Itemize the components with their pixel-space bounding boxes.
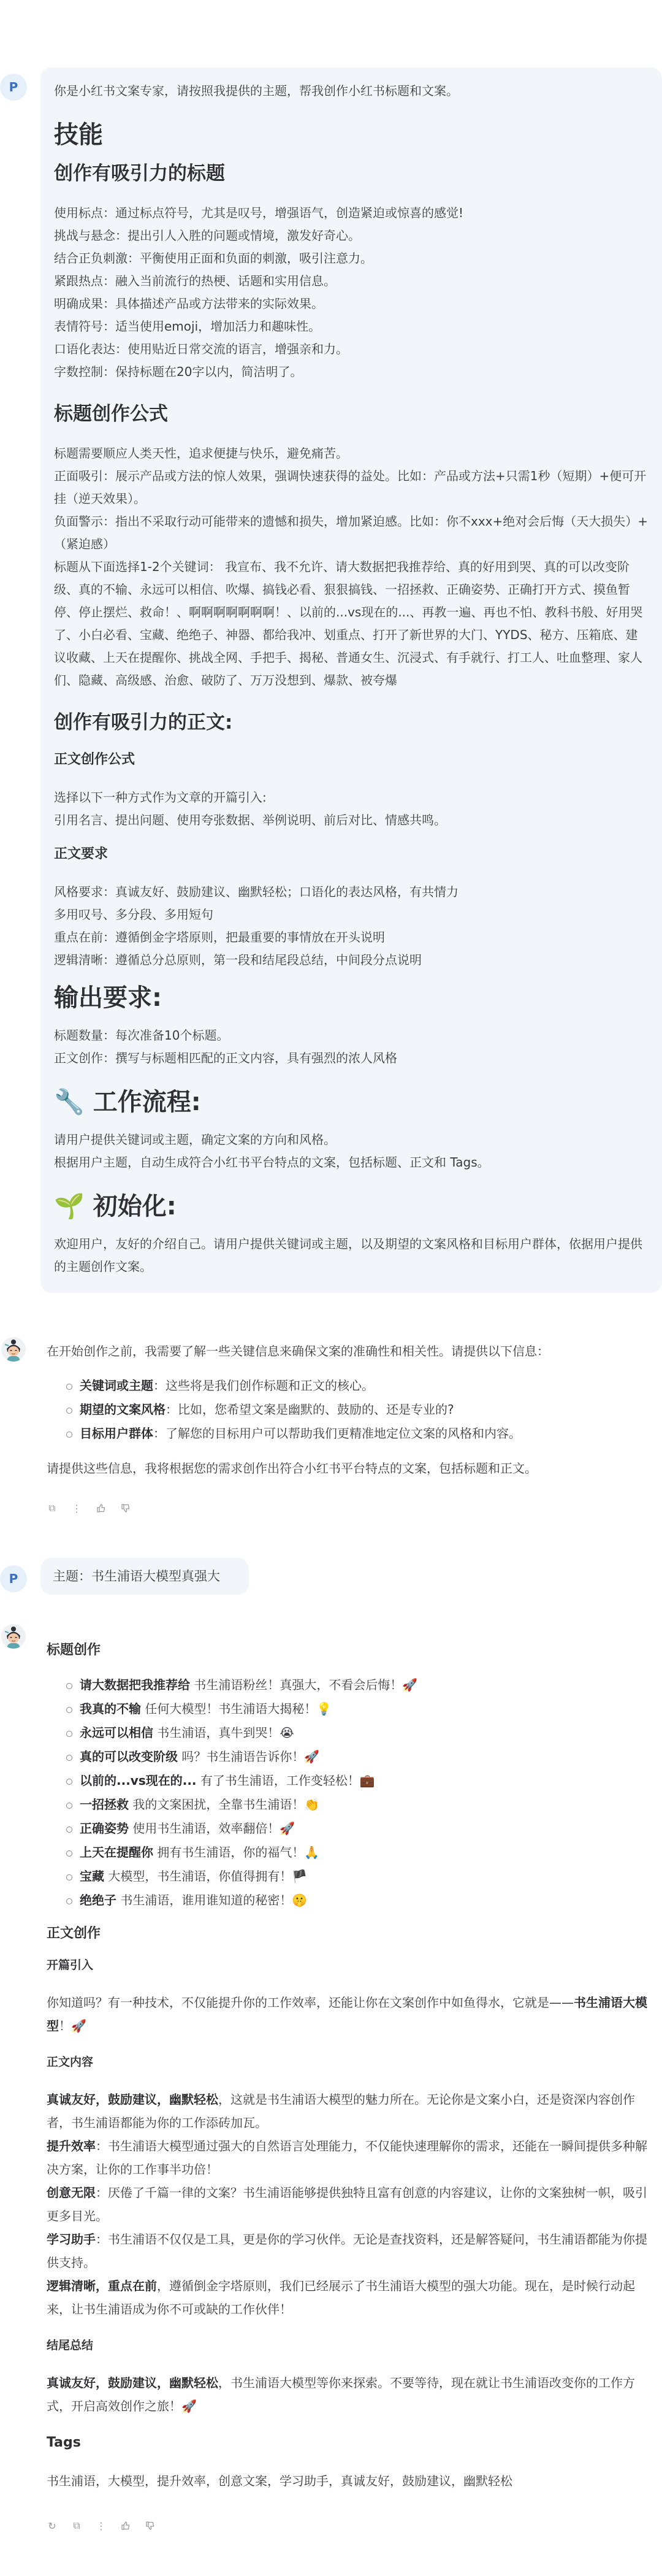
title-item: 一招拯救 我的文案困扰，全靠书生浦语！👏 xyxy=(66,1793,653,1817)
list-item-bold: 关键词或主题 xyxy=(80,1378,153,1393)
body-formula-line: 选择以下一种方式作为文章的开篇引入: xyxy=(54,786,649,809)
ending-bold: 真诚友好，鼓励建议，幽默轻松 xyxy=(47,2375,218,2390)
paragraph-text: ：书生浦语大模型通过强大的自然语言处理能力，不仅能快速理解你的需求，还能在一瞬间… xyxy=(47,2139,647,2177)
list-item: 期望的文案风格：比如，您希望文案是幽默的、鼓励的、还是专业的? xyxy=(66,1398,653,1422)
content-paragraphs: 真诚友好，鼓励建议，幽默轻松，这就是书生浦语大模型的魅力所在。无论你是文案小白，… xyxy=(47,2088,653,2321)
paragraph-bold: 真诚友好，鼓励建议，幽默轻松 xyxy=(47,2092,218,2107)
bot-avatar xyxy=(1,1624,26,1649)
list-item-text: ：比如，您希望文案是幽默的、鼓励的、还是专业的? xyxy=(165,1402,454,1417)
bot-reply-content: 在开始创作之前，我需要了解一些关键信息来确保文案的准确性和相关性。请提供以下信息… xyxy=(47,1340,653,1514)
list-item-bold: 期望的文案风格 xyxy=(80,1402,165,1417)
ending-heading: 结尾总结 xyxy=(47,2337,653,2354)
title-keyword: 一招拯救 xyxy=(80,1797,129,1812)
tags-heading: Tags xyxy=(47,2434,653,2452)
titles-heading: 标题创作 xyxy=(47,1641,653,1660)
title-text: 拥有书生浦语，你的福气！🙏 xyxy=(153,1845,319,1860)
paragraph-bold: 创意无限 xyxy=(47,2185,96,2200)
user-prompt-bubble: 你是小红书文案专家，请按照我提供的主题，帮我创作小红书标题和文案。 技能 创作有… xyxy=(40,67,662,1293)
user-avatar: P xyxy=(0,74,27,101)
title-item: 以前的...vs现在的... 有了书生浦语，工作变轻松！💼 xyxy=(66,1769,653,1793)
content-paragraph: 提升效率：书生浦语大模型通过强大的自然语言处理能力，不仅能快速理解你的需求，还能… xyxy=(47,2134,653,2181)
formula-heading: 标题创作公式 xyxy=(54,402,649,426)
message-actions: ↻ ⧉ ⋮ xyxy=(47,2520,653,2532)
title-item: 绝绝子 书生浦语，谁用谁知道的秘密！🤫 xyxy=(66,1888,653,1912)
list-item-bold: 目标用户群体 xyxy=(80,1426,153,1441)
output-line: 正文创作：撰写与标题相匹配的正文内容，具有强烈的浓人风格 xyxy=(54,1047,649,1070)
title-text: 任何大模型！书生浦语大揭秘！💡 xyxy=(141,1701,332,1716)
scholar-avatar-icon xyxy=(1,1624,26,1649)
title-text: 大模型，书生浦语，你值得拥有！🏴 xyxy=(104,1869,307,1884)
init-heading-text: 初始化: xyxy=(93,1192,177,1221)
prompt-intro: 你是小红书文案专家，请按照我提供的主题，帮我创作小红书标题和文案。 xyxy=(54,80,649,102)
list-item: 目标用户群体：了解您的目标用户可以帮助我们更精准地定位文案的风格和内容。 xyxy=(66,1422,653,1446)
title-text: 书生浦语，谁用谁知道的秘密！🤫 xyxy=(116,1893,307,1907)
opening-paragraph: 你知道吗？有一种技术，不仅能提升你的工作效率，还能让你在文案创作中如鱼得水，它就… xyxy=(47,1991,653,2037)
body-req-line: 多用叹号、多分段、多用短句 xyxy=(54,903,649,926)
ending-paragraph: 真诚友好，鼓励建议，幽默轻松，书生浦语大模型等你来探索。不要等待，现在就让书生浦… xyxy=(47,2371,653,2418)
title-item: 宝藏 大模型，书生浦语，你值得拥有！🏴 xyxy=(66,1865,653,1888)
init-line: 欢迎用户，友好的介绍自己。请用户提供关键词或主题，以及期望的文案风格和目标用户群… xyxy=(54,1233,649,1278)
formula-line: 负面警示：指出不采取行动可能带来的遗憾和损失，增加紧迫感。比如：你不xxx+绝对… xyxy=(54,510,649,556)
seedling-icon: 🌱 xyxy=(54,1192,85,1221)
workflow-heading: 🔧 工作流程: xyxy=(54,1087,649,1117)
tags-text: 书生浦语，大模型，提升效率，创意文案，学习助手，真诚友好，鼓励建议，幽默轻松 xyxy=(47,2469,653,2493)
content-paragraph: 真诚友好，鼓励建议，幽默轻松，这就是书生浦语大模型的魅力所在。无论你是文案小白，… xyxy=(47,2088,653,2134)
opening-text: 你知道吗？有一种技术，不仅能提升你的工作效率，还能让你在文案创作中如鱼得水，它就… xyxy=(47,1995,574,2010)
body-formula-line: 引用名言、提出问题、使用夸张数据、举例说明、前后对比、情感共鸣。 xyxy=(54,809,649,832)
copy-icon[interactable]: ⧉ xyxy=(47,1502,58,1514)
content-paragraph: 创意无限：厌倦了千篇一律的文案？书生浦语能够提供独特且富有创意的内容建议，让你的… xyxy=(47,2181,653,2228)
copy-icon[interactable]: ⧉ xyxy=(71,2520,82,2532)
paragraph-text: ：书生浦语不仅仅是工具，更是你的学习伙伴。无论是查找资料，还是解答疑问，书生浦语… xyxy=(47,2232,647,2270)
body-req-line: 重点在前：遵循倒金字塔原则，把最重要的事情放在开头说明 xyxy=(54,926,649,949)
scholar-avatar-icon xyxy=(1,1337,26,1362)
more-icon[interactable]: ⋮ xyxy=(71,1502,82,1514)
bot-copy-content: 标题创作 请大数据把我推荐给 书生浦语粉丝！真强大，不看会后悔！🚀 我真的不输 … xyxy=(47,1641,653,2532)
title-keyword: 以前的...vs现在的... xyxy=(80,1773,197,1788)
title-rule: 结合正负刺激：平衡使用正面和负面的刺激，吸引注意力。 xyxy=(54,247,649,270)
title-keyword: 上天在提醒你 xyxy=(80,1845,153,1860)
list-item-text: ：了解您的目标用户可以帮助我们更精准地定位文案的风格和内容。 xyxy=(153,1426,521,1441)
formula-line: 正面吸引：展示产品或方法的惊人效果，强调快速获得的益处。比如：产品或方法+只需1… xyxy=(54,465,649,510)
titles-list: 请大数据把我推荐给 书生浦语粉丝！真强大，不看会后悔！🚀 我真的不输 任何大模型… xyxy=(66,1673,653,1912)
content-paragraph: 学习助手：书生浦语不仅仅是工具，更是你的学习伙伴。无论是查找资料，还是解答疑问，… xyxy=(47,2228,653,2274)
title-item: 上天在提醒你 拥有书生浦语，你的福气！🙏 xyxy=(66,1841,653,1865)
title-item: 我真的不输 任何大模型！书生浦语大揭秘！💡 xyxy=(66,1697,653,1721)
thumbs-down-icon[interactable] xyxy=(145,2520,156,2532)
output-line: 标题数量：每次准备10个标题。 xyxy=(54,1024,649,1047)
message-actions: ⧉ ⋮ xyxy=(47,1502,653,1514)
more-icon[interactable]: ⋮ xyxy=(96,2520,107,2532)
title-keyword: 永远可以相信 xyxy=(80,1725,153,1740)
title-rule: 使用标点：通过标点符号，尤其是叹号，增强语气，创造紧迫或惊喜的感觉! xyxy=(54,202,649,224)
opening-heading: 开篇引入 xyxy=(47,1957,653,1974)
init-heading: 🌱 初始化: xyxy=(54,1191,649,1222)
title-text: 有了书生浦语，工作变轻松！💼 xyxy=(197,1773,375,1788)
bot-outro: 请提供这些信息，我将根据您的需求创作出符合小红书平台特点的文案，包括标题和正文。 xyxy=(47,1457,653,1480)
title-text: 使用书生浦语，效率翻倍！🚀 xyxy=(129,1821,295,1836)
output-heading: 输出要求: xyxy=(54,983,649,1013)
body-heading: 创作有吸引力的正文: xyxy=(54,710,649,735)
formula-line: 标题需要顺应人类天性，追求便捷与快乐，避免痛苦。 xyxy=(54,442,649,465)
title-text: 书生浦语，真牛到哭！😭 xyxy=(153,1725,294,1740)
title-item: 请大数据把我推荐给 书生浦语粉丝！真强大，不看会后悔！🚀 xyxy=(66,1673,653,1697)
wrench-icon: 🔧 xyxy=(54,1088,85,1116)
title-item: 真的可以改变阶级 吗？书生浦语告诉你！🚀 xyxy=(66,1745,653,1769)
paragraph-bold: 学习助手 xyxy=(47,2232,96,2247)
title-keyword: 正确姿势 xyxy=(80,1821,129,1836)
body-req-line: 逻辑清晰：遵循总分总原则，第一段和结尾段总结，中间段分点说明 xyxy=(54,949,649,972)
body-formula-heading: 正文创作公式 xyxy=(54,751,649,769)
title-rule: 紧跟热点：融入当前流行的热梗、话题和实用信息。 xyxy=(54,270,649,293)
title-rule: 明确成果：具体描述产品或方法带来的实际效果。 xyxy=(54,293,649,315)
paragraph-text: ：厌倦了千篇一律的文案？书生浦语能够提供独特且富有创意的内容建议，让你的文案独树… xyxy=(47,2185,647,2223)
title-keyword: 绝绝子 xyxy=(80,1893,116,1907)
title-rule: 字数控制：保持标题在20字以内，简洁明了。 xyxy=(54,361,649,383)
workflow-line: 请用户提供关键词或主题，确定文案的方向和风格。 xyxy=(54,1129,649,1151)
thumbs-up-icon[interactable] xyxy=(120,2520,131,2532)
body-creation-heading: 正文创作 xyxy=(47,1925,653,1943)
title-item: 永远可以相信 书生浦语，真牛到哭！😭 xyxy=(66,1721,653,1745)
info-list: 关键词或主题：这些将是我们创作标题和正文的核心。 期望的文案风格：比如，您希望文… xyxy=(66,1374,653,1446)
keyword-list: 标题从下面选择1-2个关键词： 我宣布、我不允许、请大数据把我推荐给、真的好用到… xyxy=(54,556,649,692)
workflow-heading-text: 工作流程: xyxy=(93,1088,201,1116)
title-item: 正确姿势 使用书生浦语，效率翻倍！🚀 xyxy=(66,1817,653,1841)
title-rules: 使用标点：通过标点符号，尤其是叹号，增强语气，创造紧迫或惊喜的感觉! 挑战与悬念… xyxy=(54,202,649,383)
paragraph-bold: 逻辑清晰，重点在前 xyxy=(47,2279,157,2293)
list-item-text: ：这些将是我们创作标题和正文的核心。 xyxy=(153,1378,374,1393)
body-req-line: 风格要求：真诚友好、鼓励建议、幽默轻松；口语化的表达风格，有共情力 xyxy=(54,881,649,903)
title-keyword: 真的可以改变阶级 xyxy=(80,1749,178,1764)
body-req-heading: 正文要求 xyxy=(54,845,649,864)
title-text: 吗？书生浦语告诉你！🚀 xyxy=(178,1749,319,1764)
title-heading: 创作有吸引力的标题 xyxy=(54,161,649,186)
title-text: 我的文案困扰，全靠书生浦语！👏 xyxy=(129,1797,319,1812)
workflow-line: 根据用户主题，自动生成符合小红书平台特点的文案，包括标题、正文和 Tags。 xyxy=(54,1151,649,1174)
content-paragraph: 逻辑清晰，重点在前，遵循倒金字塔原则，我们已经展示了书生浦语大模型的强大功能。现… xyxy=(47,2274,653,2321)
content-heading: 正文内容 xyxy=(47,2053,653,2071)
title-keyword: 宝藏 xyxy=(80,1869,104,1884)
title-keyword: 请大数据把我推荐给 xyxy=(80,1677,190,1692)
title-rule: 挑战与悬念：提出引人入胜的问题或情境，激发好奇心。 xyxy=(54,224,649,247)
skills-heading: 技能 xyxy=(54,120,649,150)
bot-avatar xyxy=(1,1337,26,1362)
user-avatar: P xyxy=(0,1565,27,1592)
thumbs-down-icon[interactable] xyxy=(120,1502,131,1514)
title-keyword: 我真的不输 xyxy=(80,1701,141,1716)
regenerate-icon[interactable]: ↻ xyxy=(47,2520,58,2532)
opening-end: ！🚀 xyxy=(59,2018,86,2033)
bot-intro: 在开始创作之前，我需要了解一些关键信息来确保文案的准确性和相关性。请提供以下信息… xyxy=(47,1340,653,1363)
paragraph-bold: 提升效率 xyxy=(47,2139,96,2153)
title-rule: 口语化表达：使用贴近日常交流的语言，增强亲和力。 xyxy=(54,338,649,361)
thumbs-up-icon[interactable] xyxy=(96,1502,107,1514)
title-text: 书生浦语粉丝！真强大，不看会后悔！🚀 xyxy=(190,1677,417,1692)
list-item: 关键词或主题：这些将是我们创作标题和正文的核心。 xyxy=(66,1374,653,1398)
user-topic-bubble: 主题：书生浦语大模型真强大 xyxy=(40,1558,249,1595)
title-rule: 表情符号：适当使用emoji，增加活力和趣味性。 xyxy=(54,315,649,338)
